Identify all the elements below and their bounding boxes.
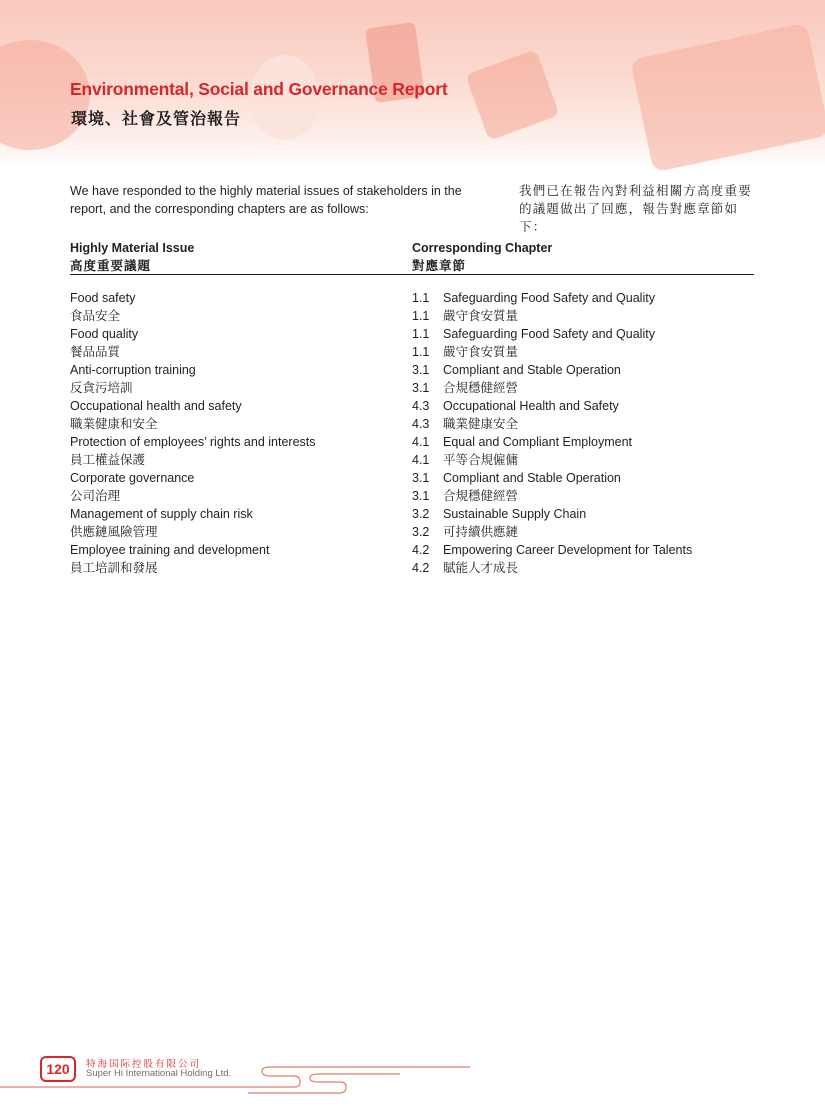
- company-name-en: Super Hi International Holding Ltd.: [86, 1068, 231, 1079]
- chapter-number: 1.1: [412, 325, 443, 343]
- decor-hotpot: [630, 23, 825, 170]
- issue-cell: 食品安全: [70, 307, 412, 325]
- issue-cell: Protection of employees’ rights and inte…: [70, 433, 412, 451]
- chapter-cell: Sustainable Supply Chain: [443, 505, 760, 523]
- chapter-number: 4.3: [412, 415, 443, 433]
- header-banner: Environmental, Social and Governance Rep…: [0, 0, 825, 170]
- issue-cell: 員工培訓和發展: [70, 559, 412, 577]
- chapter-number: 3.2: [412, 523, 443, 541]
- chapter-cell: 職業健康安全: [443, 415, 760, 433]
- column-header-issue-zh: 高度重要議題: [70, 257, 194, 275]
- page-number: 120: [40, 1056, 76, 1082]
- issue-cell: Anti-corruption training: [70, 361, 412, 379]
- chapter-cell: 合規穩健經營: [443, 487, 760, 505]
- chapter-cell: 合規穩健經營: [443, 379, 760, 397]
- chapter-cell: Occupational Health and Safety: [443, 397, 760, 415]
- chapter-number: 1.1: [412, 307, 443, 325]
- decor-shape: [465, 49, 559, 140]
- issues-table: Food safety1.1Safeguarding Food Safety a…: [70, 289, 760, 577]
- chapter-number: 1.1: [412, 343, 443, 361]
- issue-cell: 公司治理: [70, 487, 412, 505]
- issue-cell: 員工權益保護: [70, 451, 412, 469]
- chapter-number: 4.2: [412, 559, 443, 577]
- chapter-number: 1.1: [412, 289, 443, 307]
- chapter-number: 3.1: [412, 469, 443, 487]
- issue-cell: Corporate governance: [70, 469, 412, 487]
- table-row: Corporate governance3.1Compliant and Sta…: [70, 469, 760, 487]
- chapter-cell: 賦能人才成長: [443, 559, 760, 577]
- chapter-number: 4.1: [412, 433, 443, 451]
- chapter-cell: 嚴守食安質量: [443, 307, 760, 325]
- table-row: Anti-corruption training3.1Compliant and…: [70, 361, 760, 379]
- page-title: Environmental, Social and Governance Rep…: [70, 79, 447, 100]
- column-header-chapter-en: Corresponding Chapter: [412, 239, 552, 257]
- table-row: Food quality1.1Safeguarding Food Safety …: [70, 325, 760, 343]
- chapter-cell: 可持續供應鏈: [443, 523, 760, 541]
- column-header-chapter: Corresponding Chapter 對應章節: [412, 239, 552, 275]
- column-header-issue-en: Highly Material Issue: [70, 239, 194, 257]
- table-row: Occupational health and safety4.3Occupat…: [70, 397, 760, 415]
- chapter-cell: 嚴守食安質量: [443, 343, 760, 361]
- table-row: Employee training and development4.2Empo…: [70, 541, 760, 559]
- chapter-number: 3.1: [412, 487, 443, 505]
- chapter-cell: Safeguarding Food Safety and Quality: [443, 325, 760, 343]
- chapter-number: 4.2: [412, 541, 443, 559]
- table-row: 餐品品質1.1嚴守食安質量: [70, 343, 760, 361]
- chapter-number: 4.1: [412, 451, 443, 469]
- header-divider: [70, 274, 754, 275]
- chapter-cell: Empowering Career Development for Talent…: [443, 541, 760, 559]
- chapter-cell: Equal and Compliant Employment: [443, 433, 760, 451]
- table-row: 供應鏈風險管理3.2可持續供應鏈: [70, 523, 760, 541]
- chapter-number: 4.3: [412, 397, 443, 415]
- intro-text-zh: 我們已在報告內對利益相關方高度重要的議題做出了回應，報告對應章節如下：: [519, 182, 759, 236]
- table-row: 公司治理3.1合規穩健經營: [70, 487, 760, 505]
- issue-cell: 供應鏈風險管理: [70, 523, 412, 541]
- table-row: 食品安全1.1嚴守食安質量: [70, 307, 760, 325]
- column-header-issue: Highly Material Issue 高度重要議題: [70, 239, 194, 275]
- issue-cell: Employee training and development: [70, 541, 412, 559]
- issue-cell: Food safety: [70, 289, 412, 307]
- chapter-cell: Safeguarding Food Safety and Quality: [443, 289, 760, 307]
- chapter-number: 3.1: [412, 379, 443, 397]
- issue-cell: 職業健康和安全: [70, 415, 412, 433]
- chapter-number: 3.1: [412, 361, 443, 379]
- table-row: 員工權益保護4.1平等合規僱傭: [70, 451, 760, 469]
- page-title-zh: 環境、社會及管治報告: [71, 106, 241, 129]
- column-header-chapter-zh: 對應章節: [412, 257, 552, 275]
- table-row: Protection of employees’ rights and inte…: [70, 433, 760, 451]
- table-row: 職業健康和安全4.3職業健康安全: [70, 415, 760, 433]
- issue-cell: 反貪污培訓: [70, 379, 412, 397]
- chapter-cell: Compliant and Stable Operation: [443, 469, 760, 487]
- table-row: Food safety1.1Safeguarding Food Safety a…: [70, 289, 760, 307]
- table-row: 員工培訓和發展4.2賦能人才成長: [70, 559, 760, 577]
- table-row: Management of supply chain risk3.2Sustai…: [70, 505, 760, 523]
- chapter-number: 3.2: [412, 505, 443, 523]
- table-row: 反貪污培訓3.1合規穩健經營: [70, 379, 760, 397]
- intro-text-en: We have responded to the highly material…: [70, 182, 500, 218]
- issue-cell: Occupational health and safety: [70, 397, 412, 415]
- issue-cell: 餐品品質: [70, 343, 412, 361]
- issue-cell: Food quality: [70, 325, 412, 343]
- chapter-cell: Compliant and Stable Operation: [443, 361, 760, 379]
- issue-cell: Management of supply chain risk: [70, 505, 412, 523]
- chapter-cell: 平等合規僱傭: [443, 451, 760, 469]
